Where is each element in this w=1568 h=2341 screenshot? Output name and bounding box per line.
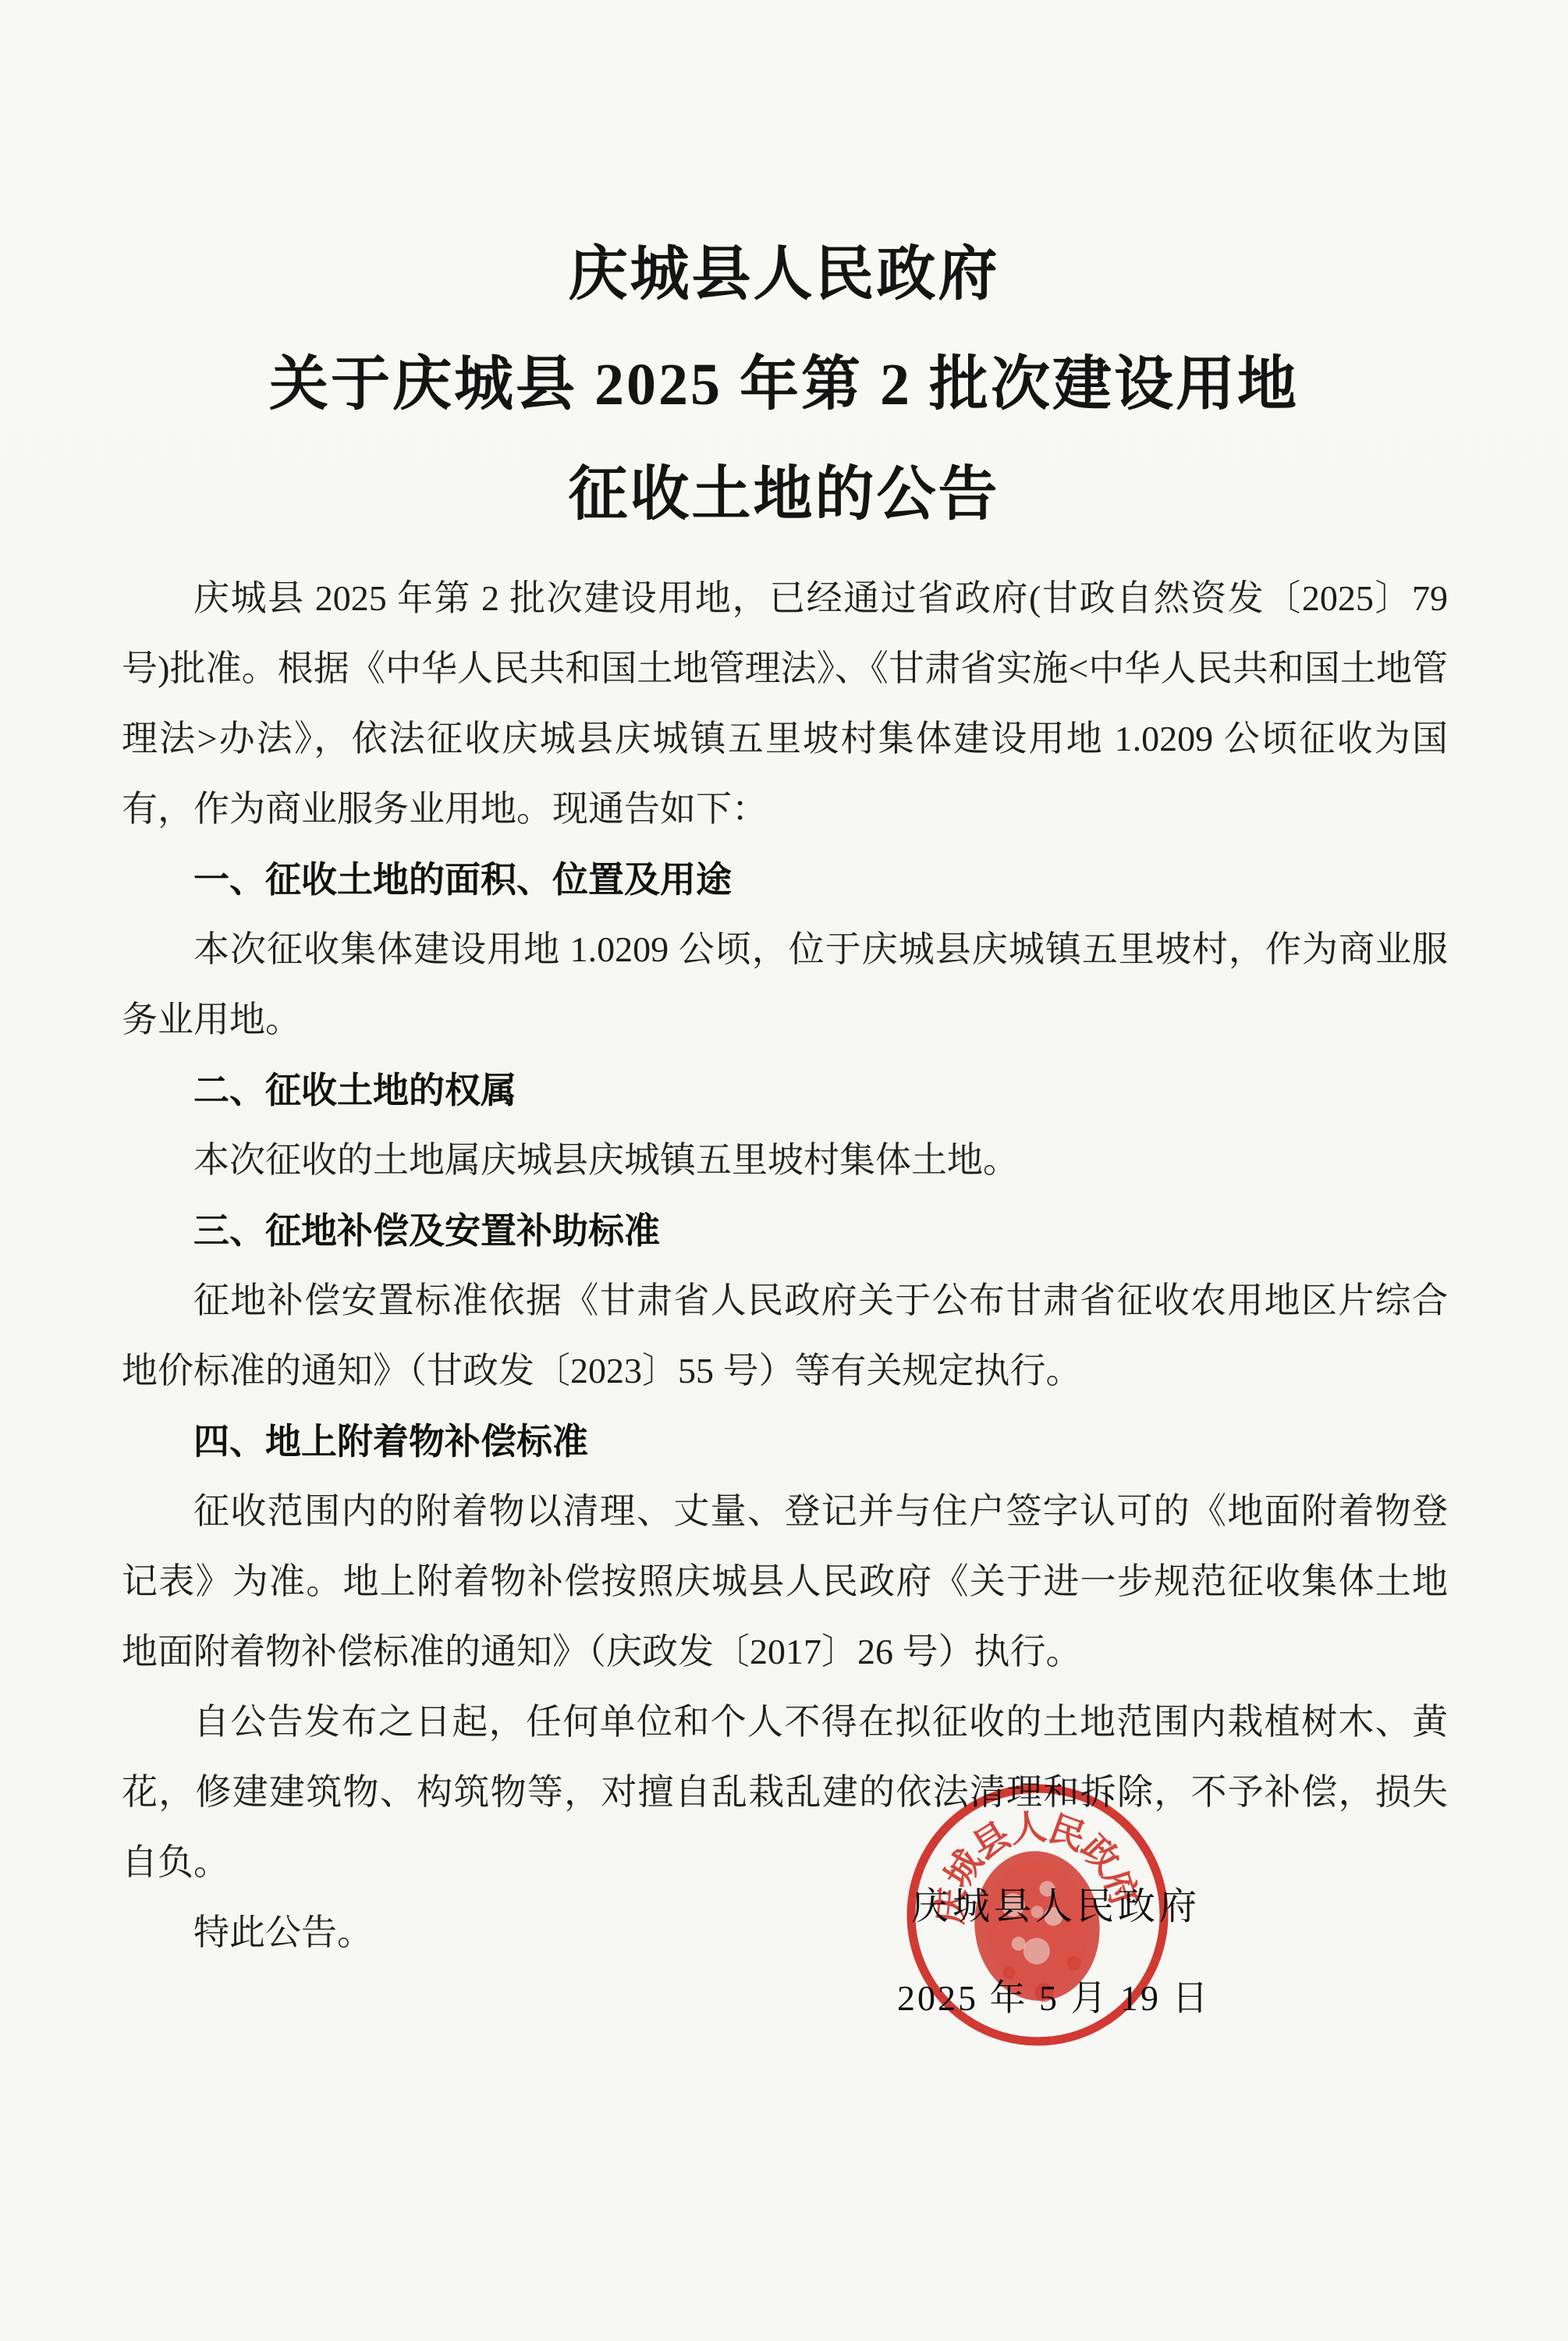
document-title: 庆城县人民政府 关于庆城县 2025 年第 2 批次建设用地 征收土地的公告 xyxy=(0,220,1568,550)
section-heading-1: 一、征收土地的面积、位置及用途 xyxy=(122,844,1448,915)
paragraph-prohibition: 自公告发布之日起，任何单位和个人不得在拟征收的土地范围内栽植树木、黄花，修建建筑… xyxy=(122,1687,1448,1898)
svg-text:人: 人 xyxy=(1009,1806,1048,1850)
official-seal: 庆 城 县 人 民 政 府 xyxy=(873,1750,1202,2080)
paragraph-closing: 特此公告。 xyxy=(122,1898,1448,1968)
paragraph-section-3: 征地补偿安置标准依据《甘肃省人民政府关于公布甘肃省征收农用地区片综合地价标准的通… xyxy=(122,1266,1448,1406)
seal-emblem xyxy=(967,1845,1107,2009)
title-line-2: 关于庆城县 2025 年第 2 批次建设用地 xyxy=(0,330,1568,440)
section-heading-4: 四、地上附着物补偿标准 xyxy=(122,1406,1448,1476)
paragraph-intro: 庆城县 2025 年第 2 批次建设用地，已经通过省政府(甘政自然资发〔2025… xyxy=(122,563,1448,844)
paragraph-section-2: 本次征收的土地属庆城县庆城镇五里坡村集体土地。 xyxy=(122,1125,1448,1195)
paragraph-section-1: 本次征收集体建设用地 1.0209 公顷，位于庆城县庆城镇五里坡村，作为商业服务… xyxy=(122,915,1448,1055)
document-body: 庆城县 2025 年第 2 批次建设用地，已经通过省政府(甘政自然资发〔2025… xyxy=(122,563,1448,1968)
title-line-1: 庆城县人民政府 xyxy=(0,220,1568,330)
section-heading-2: 二、征收土地的权属 xyxy=(122,1055,1448,1125)
paragraph-section-4: 征收范围内的附着物以清理、丈量、登记并与住户签字认可的《地面附着物登记表》为准。… xyxy=(122,1476,1448,1687)
title-line-3: 征收土地的公告 xyxy=(0,440,1568,550)
scanned-announcement-page: 庆城县人民政府 关于庆城县 2025 年第 2 批次建设用地 征收土地的公告 庆… xyxy=(0,0,1568,2341)
section-heading-3: 三、征地补偿及安置补助标准 xyxy=(122,1195,1448,1266)
